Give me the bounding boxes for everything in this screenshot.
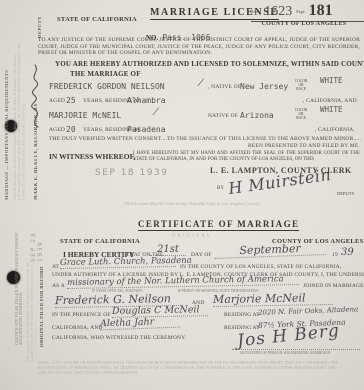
groom-checkmark: ⁄ <box>200 78 202 89</box>
book-number: 1623 <box>264 4 292 19</box>
marriage-license-document: MARRIAGE — IMPORTANT LEGAL REQUIREMENTS … <box>0 0 364 390</box>
race-word-race: RACE <box>291 87 311 91</box>
bride-race-label: COLOR OR RACE <box>291 108 311 120</box>
bride-native-label: NATIVE OF <box>208 113 238 120</box>
witness-whereof-label: IN WITNESS WHEREOF, <box>49 152 135 161</box>
race-word-race: RACE <box>291 116 311 120</box>
groom-state-suffix: , CALIFORNIA, AND <box>303 98 357 105</box>
bride-residence: Pasadena <box>127 125 166 134</box>
officiant-signature-line <box>232 349 360 350</box>
certificate-state: STATE OF CALIFORNIA <box>60 238 140 245</box>
certificate-title: CERTIFICATE OF MARRIAGE <box>138 219 299 231</box>
certificate-bride-signature: Marjorie McNeil <box>213 291 333 307</box>
bride-checkmark: ⁄ <box>155 107 157 118</box>
groom-race: WHITE <box>320 76 343 85</box>
at-label: AT <box>52 264 59 271</box>
margin-instructions-bottom: The original of this certificate is file… <box>26 262 36 362</box>
bride-native: Arizona <box>240 111 274 120</box>
groom-residence: Alhambra <box>127 96 166 105</box>
ceremony-witnessed-line: CALIFORNIA, WHO WITNESSED THE CEREMONY. <box>52 335 186 342</box>
bride-age: 20 <box>66 125 76 134</box>
witness1-address: 2020 N. Fair Oaks, Altadena <box>258 305 362 317</box>
book-label: Book <box>251 9 260 14</box>
license-state: STATE OF CALIFORNIA <box>57 16 137 23</box>
ceremony-year: 39 <box>341 247 354 258</box>
margin-deputy-label: DEPUTY <box>37 6 42 38</box>
bride-aged-label: AGED <box>49 127 65 134</box>
joined-in-marriage-label: JOINED IN MARRIAGE <box>303 283 364 290</box>
book-page-block: Book 1623 Page 181 <box>251 2 364 22</box>
consent-line2: BEEN PRESENTED TO AND FILED BY ME. <box>200 143 360 150</box>
bride-state-suffix: , CALIFORNIA. <box>315 127 355 134</box>
ceremony-day: 21st <box>150 244 186 256</box>
margin-filed-label: ORIGINAL FILED FOR RECORD <box>39 255 44 347</box>
groom-race-label: COLOR OR RACE <box>291 79 311 91</box>
consent-line: THE DULY VERIFIED WRITTEN CONSENT....TO … <box>49 136 360 143</box>
margin-recorder-signature <box>24 55 48 135</box>
witness-whereof-text: I HAVE HEREUNTO SET MY HAND AND AFFIXED … <box>133 151 360 163</box>
addressee-paragraph: TO ANY JUSTICE OF THE SUPREME COURT, JUS… <box>38 37 360 57</box>
authorization-line2: THE MARRIAGE OF <box>70 70 141 78</box>
usage-note: (This License May Be Used at Any Time Bu… <box>82 201 302 206</box>
by-label: BY <box>217 186 224 191</box>
groom-aged-label: AGED <box>49 98 65 105</box>
year-printed: 19 <box>332 252 338 259</box>
page-label: Page <box>296 9 304 14</box>
ceremony-month: September <box>214 241 326 259</box>
page-number: 181 <box>309 2 333 19</box>
authorization-line1: YOU ARE HEREBY AUTHORIZED AND LICENSED T… <box>55 60 364 68</box>
groom-native-label: , NATIVE OF <box>208 84 241 91</box>
bride-race: WHITE <box>320 105 343 114</box>
ceremony-place: Grace Luth. Church, Pasadena <box>60 256 176 269</box>
bride-name: MARJORIE McNEIL <box>49 111 121 120</box>
officiant-signature-caption: SIGNATURE OF PERSON SOLEMNIZING MARRIAGE… <box>240 351 331 355</box>
as-a-label: AS A <box>52 283 65 290</box>
place-suffix: IN THE COUNTY OF LOS ANGELES, STATE OF C… <box>180 264 341 271</box>
original-stamp: ORIGINAL <box>172 234 212 239</box>
issue-date-stamp: SEP 18 1939 <box>95 168 168 178</box>
deputy-label: DEPUTY. <box>337 191 355 196</box>
margin-legal-title: MARRIAGE — IMPORTANT LEGAL REQUIREMENTS <box>4 40 9 200</box>
day-of-label: DAY OF <box>191 252 212 259</box>
california-and-label: CALIFORNIA, AND <box>52 325 103 332</box>
witness1-residing-label: RESIDING AT <box>224 312 260 319</box>
margin-filed-date-stamp: SEP 23 1939 <box>30 208 44 262</box>
witness2-name: Aletha Jahr <box>100 316 180 331</box>
groom-native: New Jersey <box>240 82 288 91</box>
license-county: COUNTY OF LOS ANGELES <box>248 21 360 27</box>
statute-fine-print: NOTE—ANY OFFICER OR PERSON WHO FAILS, NE… <box>38 361 338 375</box>
groom-age: 25 <box>66 96 76 105</box>
groom-name: FREDERICK GORDON NEILSON <box>49 82 165 91</box>
